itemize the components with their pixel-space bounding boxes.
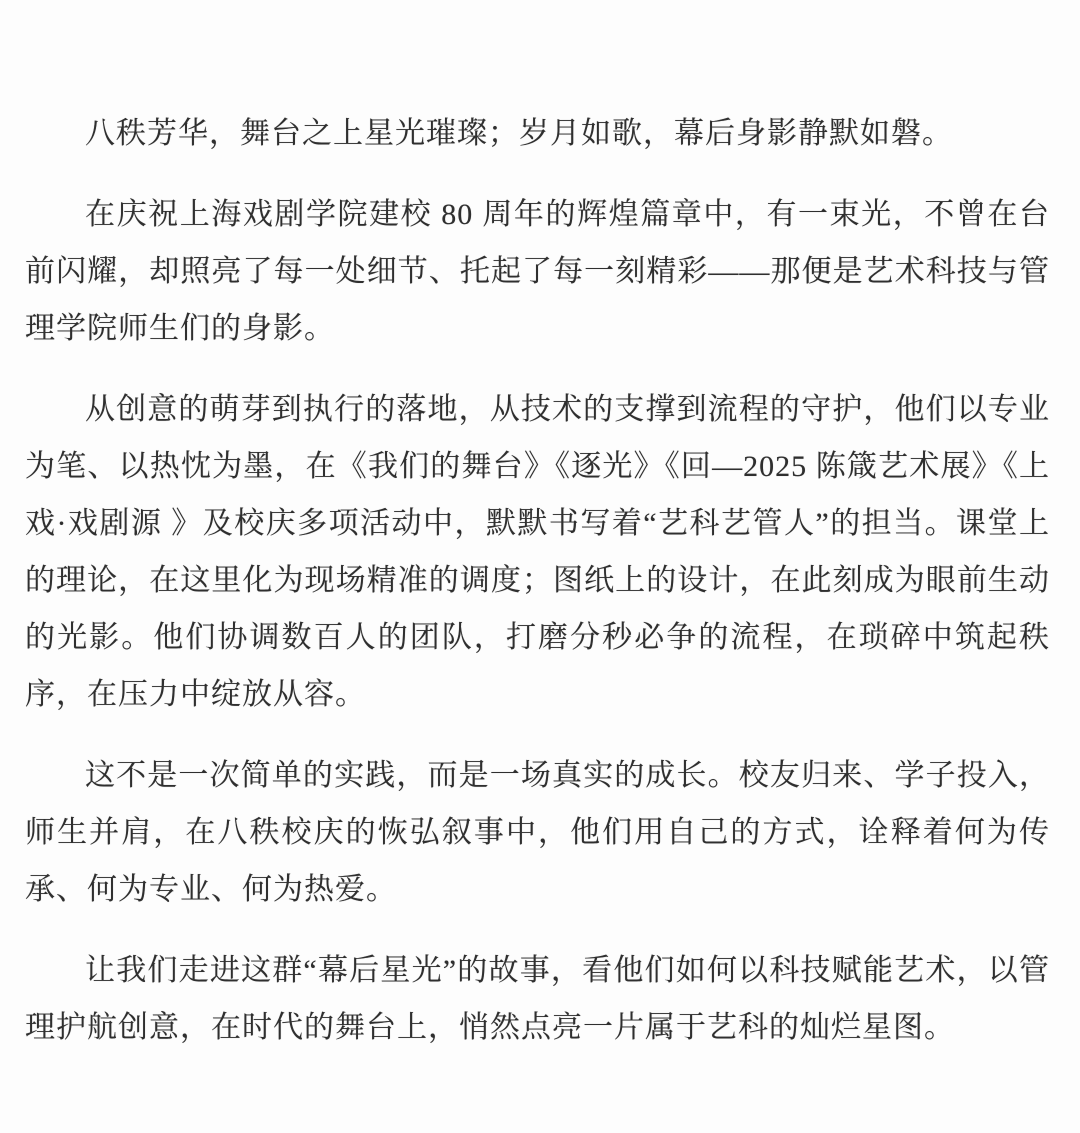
paragraph-opening-couplet: 八秩芳华，舞台之上星光璀璨；岁月如歌，幕后身影静默如磐。 [25, 105, 1050, 162]
document-page: 八秩芳华，舞台之上星光璀璨；岁月如歌，幕后身影静默如磐。 在庆祝上海戏剧学院建校… [0, 0, 1080, 1133]
paragraph-closing-invitation: 让我们走进这群“幕后星光”的故事，看他们如何以科技赋能艺术，以管理护航创意，在时… [25, 942, 1050, 1056]
paragraph-anniversary-intro: 在庆祝上海戏剧学院建校 80 周年的辉煌篇章中，有一束光，不曾在台前闪耀，却照亮… [25, 186, 1050, 357]
paragraph-events-and-duties: 从创意的萌芽到执行的落地，从技术的支撑到流程的守护，他们以专业为笔、以热忱为墨，… [25, 381, 1050, 723]
paragraph-growth-and-legacy: 这不是一次简单的实践，而是一场真实的成长。校友归来、学子投入，师生并肩，在八秩校… [25, 747, 1050, 918]
